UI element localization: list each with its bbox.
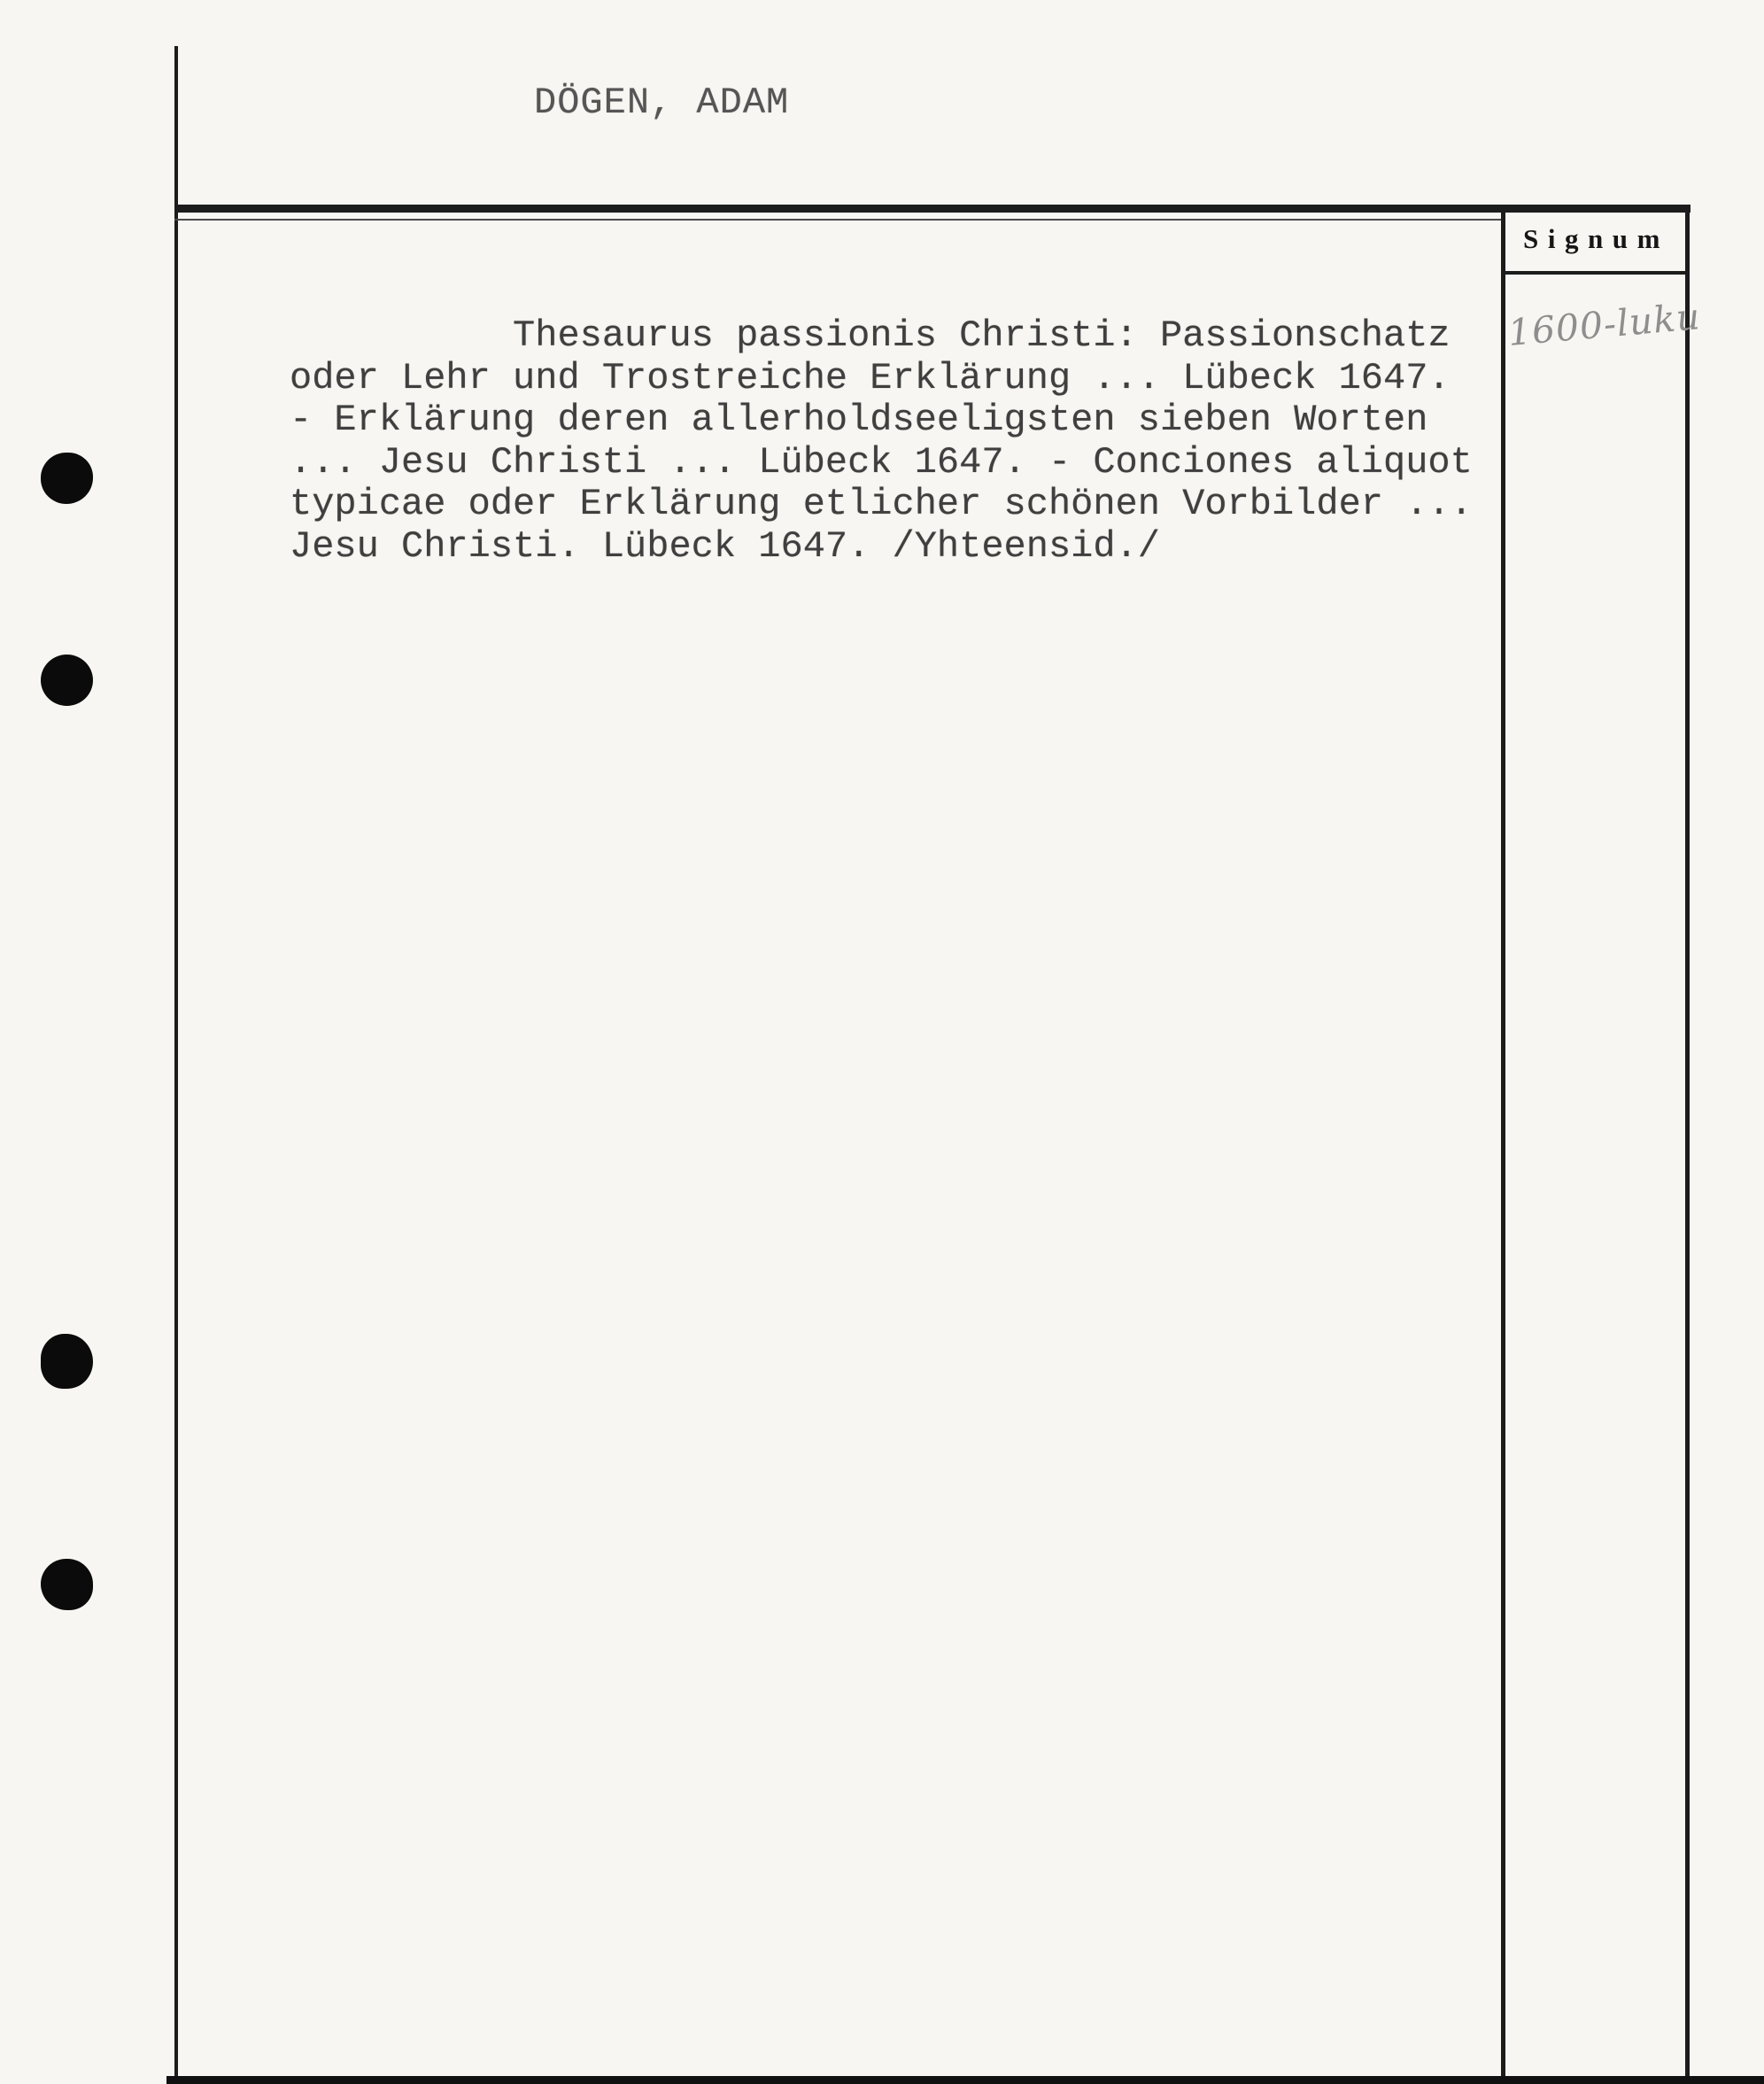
hole-punch-dot xyxy=(41,453,93,504)
entry-line: oder Lehr und Trostreiche Erklärung ... … xyxy=(290,358,1473,400)
catalog-card-scan: DÖGEN, ADAM Signum 1600-luku Thesaurus p… xyxy=(0,0,1764,2084)
signum-column-left-border xyxy=(1501,206,1505,2084)
hole-punch-dot xyxy=(41,1559,93,1610)
entry-line: ... Jesu Christi ... Lübeck 1647. - Conc… xyxy=(290,442,1473,484)
hole-punch-dot xyxy=(41,655,93,706)
signum-handwritten-value: 1600-luku xyxy=(1506,295,1699,354)
left-margin-rule xyxy=(174,46,178,2084)
entry-line: Thesaurus passionis Christi: Passionscha… xyxy=(290,315,1473,358)
signum-column-header: Signum xyxy=(1505,223,1687,255)
signum-header-separator xyxy=(1501,271,1690,275)
entry-line: Jesu Christi. Lübeck 1647. /Yhteensid./ xyxy=(290,526,1473,569)
card-heading-author: DÖGEN, ADAM xyxy=(534,81,789,124)
bottom-edge-rule xyxy=(166,2076,1764,2084)
signum-column-right-border xyxy=(1685,206,1690,2084)
catalog-entry-text: Thesaurus passionis Christi: Passionscha… xyxy=(290,315,1473,569)
entry-line: typicae oder Erklärung etlicher schönen … xyxy=(290,484,1473,526)
entry-line: - Erklärung deren allerholdseeligsten si… xyxy=(290,399,1473,442)
header-rule-thin xyxy=(174,219,1503,221)
hole-punch-dot xyxy=(41,1334,93,1389)
header-rule-thick xyxy=(174,205,1690,213)
